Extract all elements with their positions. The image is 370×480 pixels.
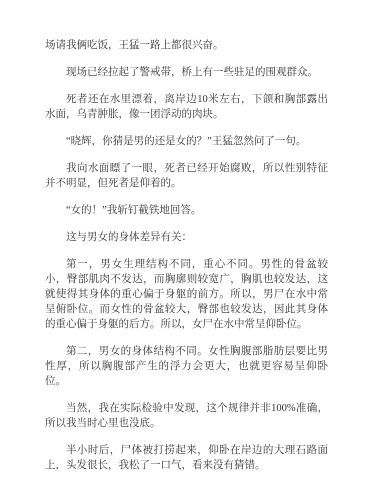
paragraph: 第一，男女生理结构不同，重心不同。男性的骨盆较小，臀部肌肉不发达，而胸廓则较宽广… (45, 257, 328, 332)
paragraph: “女的！”我斩钉截铁地回答。 (45, 203, 328, 218)
paragraph: 我向水面瞟了一眼，死者已经开始腐败，所以性别特征并不明显，但死者是仰着的。 (45, 161, 328, 191)
paragraph: “晓辉，你猜是男的还是女的？”王猛忽然问了一句。 (45, 134, 328, 149)
paragraph: 现场已经拉起了警戒带，桥上有一些驻足的围观群众。 (45, 65, 328, 80)
page-content: 场请我俩吃饭，王猛一路上都很兴奋。现场已经拉起了警戒带，桥上有一些驻足的围观群众… (45, 38, 328, 473)
paragraph: 死者还在水里漂着，离岸边10米左右，下颌和胸部露出水面，乌青肿胀，像一团浮动的肉… (45, 92, 328, 122)
ebook-page: 场请我俩吃饭，王猛一路上都很兴奋。现场已经拉起了警戒带，桥上有一些驻足的围观群众… (0, 0, 370, 480)
paragraph: 半小时后，尸体被打捞起来，仰卧在岸边的大理石路面上，头发很长，我松了一口气，看来… (45, 443, 328, 473)
paragraph: 当然，我在实际检验中发现，这个规律并非100%准确，所以我当时心里也没底。 (45, 401, 328, 431)
paragraph: 这与男女的身体差异有关： (45, 230, 328, 245)
paragraph: 第二，男女的身体结构不同。女性胸腹部脂肪层要比男性厚，所以胸腹部产生的浮力会更大… (45, 344, 328, 389)
paragraph: 场请我俩吃饭，王猛一路上都很兴奋。 (45, 38, 328, 53)
